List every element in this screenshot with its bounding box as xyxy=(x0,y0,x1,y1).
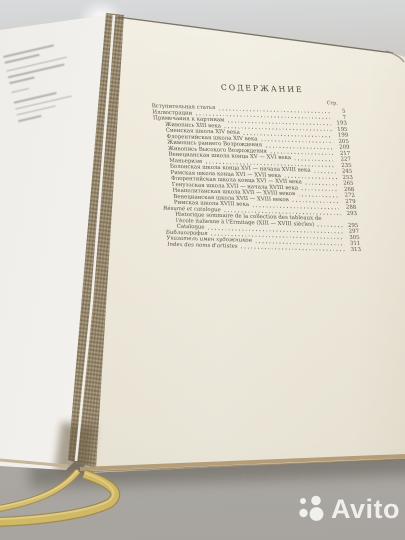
book-photo: СОДЕРЖАНИЕ Стр. Вступительная статья5Илл… xyxy=(0,0,405,540)
spine-notch-shadow xyxy=(55,422,95,474)
toc-rows: Вступительная статья5Иллюстрации7Примеча… xyxy=(152,103,362,253)
table-of-contents: СОДЕРЖАНИЕ Стр. Вступительная статья5Илл… xyxy=(149,81,361,253)
leader-spacer xyxy=(322,220,358,221)
avito-logo-icon xyxy=(296,494,326,524)
avito-watermark: Avito xyxy=(296,494,400,524)
toc-entry-page: 313 xyxy=(347,246,361,252)
left-page-faint-text-lines xyxy=(3,39,93,126)
watermark-label: Avito xyxy=(331,496,400,523)
toc-entry-page: 293 xyxy=(343,210,357,216)
